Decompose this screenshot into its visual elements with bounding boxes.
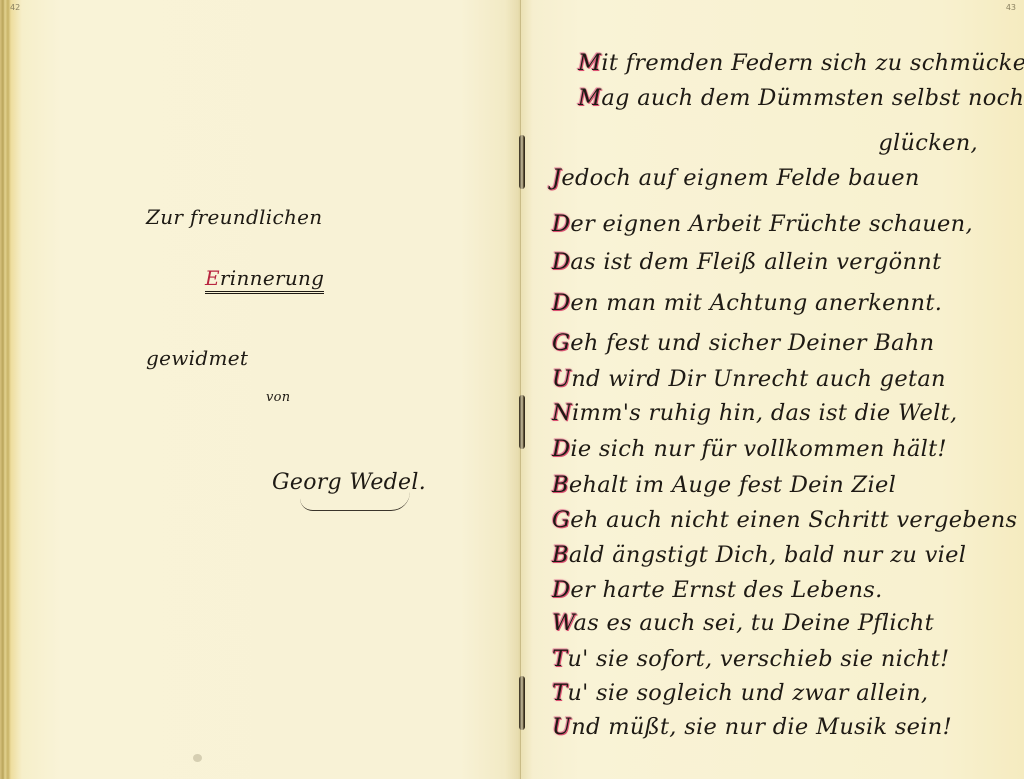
poem-line: Die sich nur für vollkommen hält! bbox=[552, 436, 947, 462]
dedication-line-4: von bbox=[266, 390, 290, 405]
poem-line: Und müßt, sie nur die Musik sein! bbox=[552, 714, 952, 740]
poem-line: Tu' sie sogleich und zwar allein, bbox=[552, 680, 928, 706]
poem-line: Und wird Dir Unrecht auch getan bbox=[552, 366, 946, 392]
signature-flourish bbox=[300, 492, 410, 511]
poem-line: glücken, bbox=[878, 130, 978, 156]
poem-line: Geh fest und sicher Deiner Bahn bbox=[552, 330, 934, 356]
book-gutter bbox=[520, 0, 521, 779]
poem-line: Behalt im Auge fest Dein Ziel bbox=[552, 472, 896, 498]
poem-line: Mag auch dem Dümmsten selbst noch bbox=[578, 85, 1024, 111]
poem-line: Das ist dem Fleiß allein vergönnt bbox=[552, 249, 941, 275]
dedication-line-1: Zur freundlichen bbox=[146, 205, 322, 229]
poem-line: Jedoch auf eignem Felde bauen bbox=[552, 165, 920, 191]
page-number-left: 42 bbox=[10, 3, 20, 12]
poem-line: Den man mit Achtung anerkennt. bbox=[552, 290, 942, 316]
staple-middle bbox=[519, 395, 525, 449]
staple-top bbox=[519, 135, 525, 189]
dedication-line-3: gewidmet bbox=[146, 346, 248, 370]
poem-line: Der harte Ernst des Lebens. bbox=[552, 577, 883, 603]
poem-line: Bald ängstigt Dich, bald nur zu viel bbox=[552, 542, 966, 568]
poem-line: Was es auch sei, tu Deine Pflicht bbox=[552, 610, 934, 636]
poem-line: Nimm's ruhig hin, das ist die Welt, bbox=[552, 400, 957, 426]
page-number-right: 43 bbox=[1006, 3, 1016, 12]
paper-spot bbox=[193, 754, 202, 762]
dedication-title: Erinnerung bbox=[205, 266, 324, 294]
left-page: 42 Zur freundlichen Erinnerung gewidmet … bbox=[0, 0, 521, 779]
poem-line: Geh auch nicht einen Schritt vergebens bbox=[552, 507, 1017, 533]
poem-line: Tu' sie sofort, verschieb sie nicht! bbox=[552, 646, 949, 672]
title-initial: E bbox=[205, 266, 220, 290]
title-rest: rinnerung bbox=[220, 266, 324, 290]
staple-bottom bbox=[519, 676, 525, 730]
poem-line: Mit fremden Federn sich zu schmücken bbox=[578, 50, 1024, 76]
poem-line: Der eignen Arbeit Früchte schauen, bbox=[552, 211, 973, 237]
